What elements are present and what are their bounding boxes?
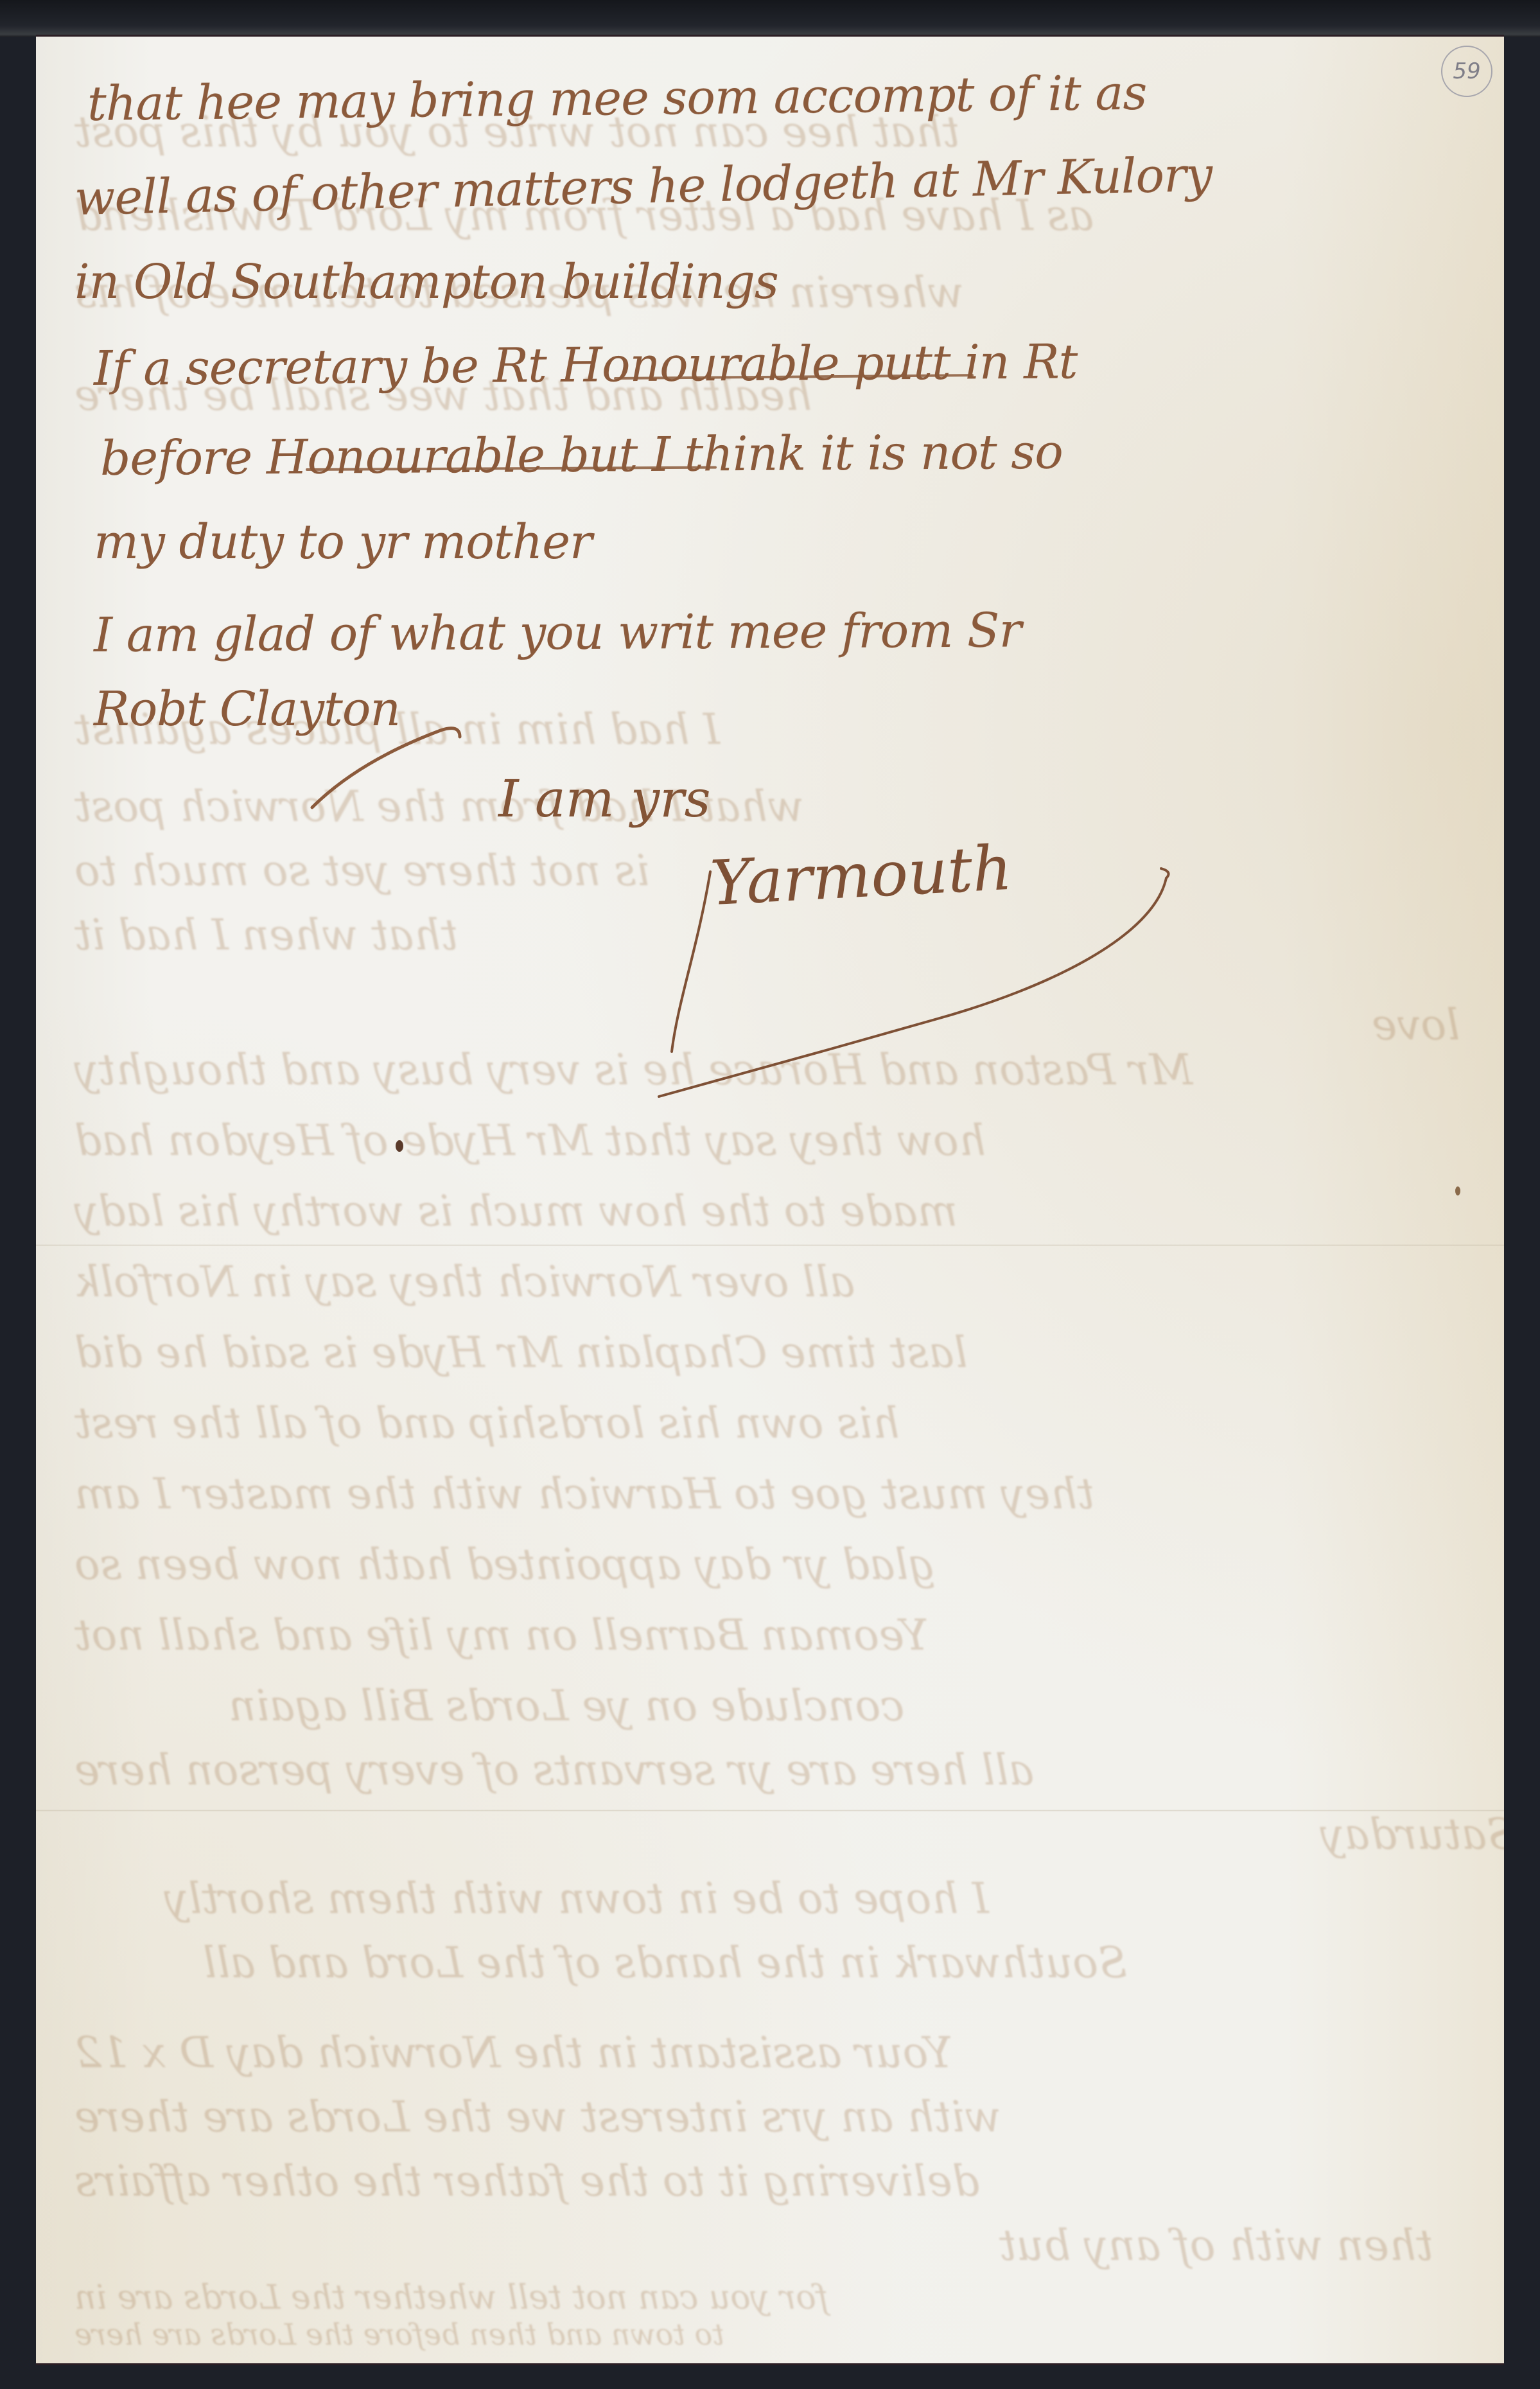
bleed-through-line: conclude on ye Lords Bill again	[229, 1681, 904, 1731]
signature-flourish-icon	[601, 807, 1192, 1103]
bleed-through-line: last time Chaplain Mr Hyde is said he di…	[74, 1328, 968, 1377]
scanner-background-top	[0, 0, 1540, 37]
bleed-through-line: to town and then before the Lords are he…	[74, 2317, 724, 2352]
letter-line: If a secretary be Rt Honourable putt in …	[94, 338, 1078, 392]
bleed-through-line: love	[1372, 1000, 1460, 1050]
bleed-through-line: for you can not tell whether the Lords a…	[74, 2279, 828, 2317]
letter-line: well as of other matters he lodgeth at M…	[74, 151, 1212, 222]
manuscript-page: 59 that hee can not write to you by this…	[36, 35, 1504, 2365]
bleed-through-line: all over Norwich they say in Norfolk	[74, 1257, 855, 1307]
letter-line: I am glad of what you writ mee from Sr	[94, 606, 1021, 659]
folio-number: 59	[1441, 46, 1492, 97]
bleed-through-line: they must goe to Harwich with the master…	[74, 1469, 1094, 1519]
paper-fold-crease	[36, 1244, 1504, 1246]
bleed-through-line: made to the how much is worthy his lady	[74, 1186, 958, 1236]
bleed-through-line: his own his lordship and of all the rest	[74, 1398, 900, 1448]
bleed-through-line: then with of any but	[999, 2221, 1433, 2270]
bleed-through-line: with an yrs interest we the Lords are th…	[74, 2092, 1001, 2142]
bleed-through-line: that when I had it	[74, 910, 458, 960]
letter-line: that hee may bring mee som accompt of it…	[87, 69, 1147, 128]
bleed-through-line: delivering it to the father the other af…	[74, 2156, 979, 2206]
bleed-through-line: I hope to be in town with them shortly	[164, 1874, 989, 1923]
letter-line: before Honourable but I think it is not …	[100, 428, 1063, 482]
bleed-through-line: Yeoman Barnell on my life and shall not	[74, 1610, 929, 1660]
letter-line: in Old Southampton buildings	[74, 258, 778, 306]
clayton-flourish-icon	[306, 718, 486, 814]
letter-line: my duty to yr mother	[94, 518, 591, 566]
ink-speck	[396, 1140, 403, 1152]
ink-speck	[1455, 1186, 1460, 1195]
bleed-through-line: glad yr day appointed hath now been so	[74, 1540, 936, 1589]
bleed-through-line: Southwark in the hands of the Lord and a…	[203, 1938, 1127, 1988]
bleed-through-line: Saturday	[1320, 1810, 1504, 1859]
bleed-through-line: how they say that Mr Hyde of Heydon had	[74, 1116, 986, 1165]
paper-fold-crease	[36, 1810, 1504, 1812]
bleed-through-line: Your assistant in the Norwich day D x 12	[74, 2028, 952, 2077]
bleed-through-line: is not there yet so much to	[74, 846, 650, 895]
bleed-through-line: all here are yr servants of every person…	[74, 1745, 1034, 1795]
